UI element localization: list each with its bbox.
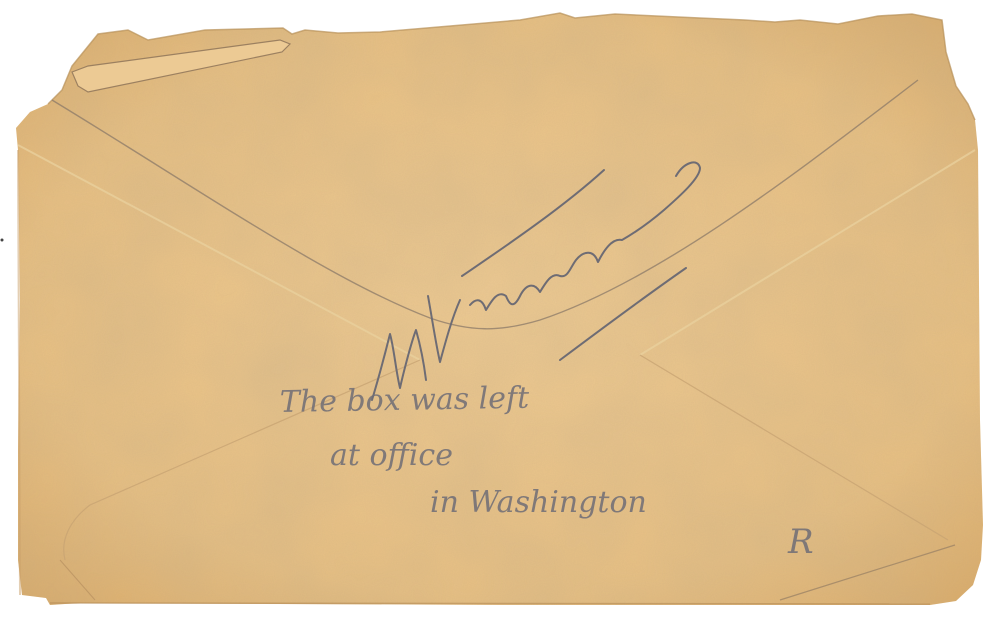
note-line-3: in Washington bbox=[430, 485, 647, 520]
ink-speck bbox=[1, 239, 4, 242]
note-line-2: at office bbox=[330, 438, 453, 473]
envelope-photo: The box was left at office in Washington… bbox=[0, 0, 1000, 619]
note-initial: R bbox=[787, 522, 814, 562]
note-line-1: The box was left bbox=[280, 381, 531, 420]
